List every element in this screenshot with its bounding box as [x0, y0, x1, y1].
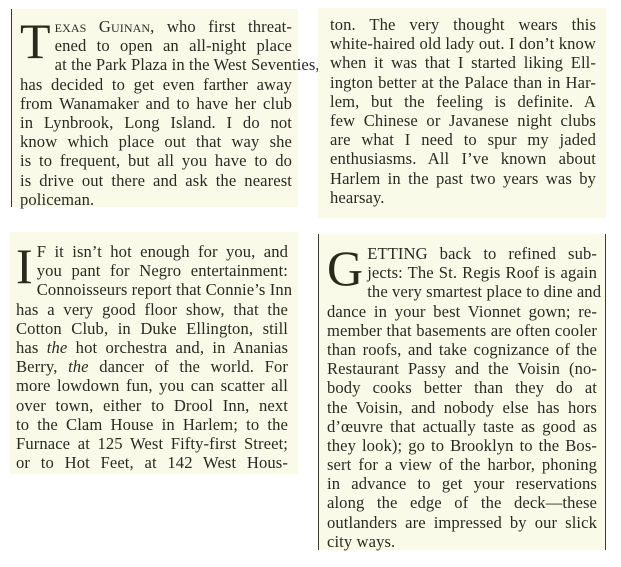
- column-text: I F it isn’t hot enough for you, and you…: [16, 242, 288, 472]
- text-line: more lowdown fun, you can scatter all: [16, 376, 288, 395]
- column-hot-entertainment: I F it isn’t hot enough for you, and you…: [10, 232, 298, 474]
- text-line: member that basements are often cooler: [327, 321, 597, 340]
- text-line: in Lynbrook, Long Island. I do not: [20, 113, 292, 132]
- text-line: d’œuvre that actually taste as good as: [327, 417, 597, 436]
- text-line: over town, either to Drool Inn, next: [16, 396, 288, 415]
- text-line: ton. The very thought wears this: [330, 15, 596, 34]
- text-line: than roofs, and take cognizance of the: [327, 340, 597, 359]
- text-line: few Chinese or Javanese night clubs: [330, 111, 596, 130]
- column-text: G ETTING back to refined sub- jects: The…: [327, 244, 597, 551]
- text-line: in advance to get your reservations: [327, 474, 597, 493]
- text-line: at the Park Plaza in the West Seventies,: [20, 55, 292, 74]
- text-line: to the Clam House in Harlem; to the: [16, 415, 288, 434]
- text-line: ETTING back to refined sub-: [327, 244, 597, 263]
- text-line: hearsay.: [330, 188, 596, 207]
- text-line: enthusiasms. All I’ve known about: [330, 149, 596, 168]
- text-line: from Wanamaker and to have her club: [20, 94, 292, 113]
- dropcap-i: I: [16, 246, 33, 286]
- column-texas-guinan: T exas Guinan, who first threat- ened to…: [11, 9, 298, 207]
- column-text: T exas Guinan, who first threat- ened to…: [20, 17, 292, 209]
- text-line: along the edge of the deck—these: [327, 493, 597, 512]
- text-line: know which place out that way she: [20, 132, 292, 151]
- column-getting-back: G ETTING back to refined sub- jects: The…: [318, 234, 606, 550]
- text-line: lem, but the feeling is definite. A: [330, 92, 596, 111]
- dropcap-g: G: [327, 248, 363, 288]
- text-line: are what I need to spur my jaded: [330, 130, 596, 149]
- text-line: they look); go to Brooklyn to the Bos-: [327, 436, 597, 455]
- text-line: is drive out there and ask the nearest: [20, 171, 292, 190]
- text-line: exas Guinan, who first threat-: [20, 17, 292, 36]
- column-text: ton. The very thought wears this white-h…: [330, 15, 596, 207]
- text-line: Berry, the dancer of the world. For: [16, 357, 288, 376]
- text-line: outlanders are impressed by our slick: [327, 513, 597, 532]
- dropcap-t: T: [20, 21, 51, 61]
- text-line: Restaurant Passy and the Voisin (no-: [327, 359, 597, 378]
- text-line: F it isn’t hot enough for you, and: [16, 242, 288, 261]
- text-line: when it was that I started liking Ell-: [330, 53, 596, 72]
- text-line: city ways.: [327, 532, 597, 551]
- text-line: white-haired old lady out. I don’t know: [330, 34, 596, 53]
- text-line: Cotton Club, in Duke Ellington, still: [16, 319, 288, 338]
- text-line: dance in your best Vionnet gown; re-: [327, 302, 597, 321]
- text-line: policeman.: [20, 190, 292, 209]
- text-line: ington better at the Palace than in Har-: [330, 73, 596, 92]
- text-line: has a very good floor show, that the: [16, 300, 288, 319]
- text-line: has the hot orchestra and, in Ananias: [16, 338, 288, 357]
- text-line: is to frequent, but all you have to do: [20, 151, 292, 170]
- text-line: sert for a view of the harbor, phoning: [327, 455, 597, 474]
- text-line: or to Hot Feet, at 142 West Hous-: [16, 453, 288, 472]
- text-line: ened to open an all-night place: [20, 36, 292, 55]
- text-line: has decided to get even farther away: [20, 75, 292, 94]
- text-line: the Voisin, and nobody else has hors: [327, 398, 597, 417]
- text-line: body cooks better than they do at: [327, 378, 597, 397]
- text-line: Furnace at 125 West Fifty-first Street;: [16, 434, 288, 453]
- text-line: Connoisseurs report that Connie’s Inn: [16, 280, 288, 299]
- text-line: the very smartest place to dine and: [327, 282, 597, 301]
- text-line: you pant for Negro entertainment:: [16, 261, 288, 280]
- text-line: Harlem in the past two years was by: [330, 169, 596, 188]
- text-line: jects: The St. Regis Roof is again: [327, 263, 597, 282]
- column-harlem: ton. The very thought wears this white-h…: [318, 8, 606, 218]
